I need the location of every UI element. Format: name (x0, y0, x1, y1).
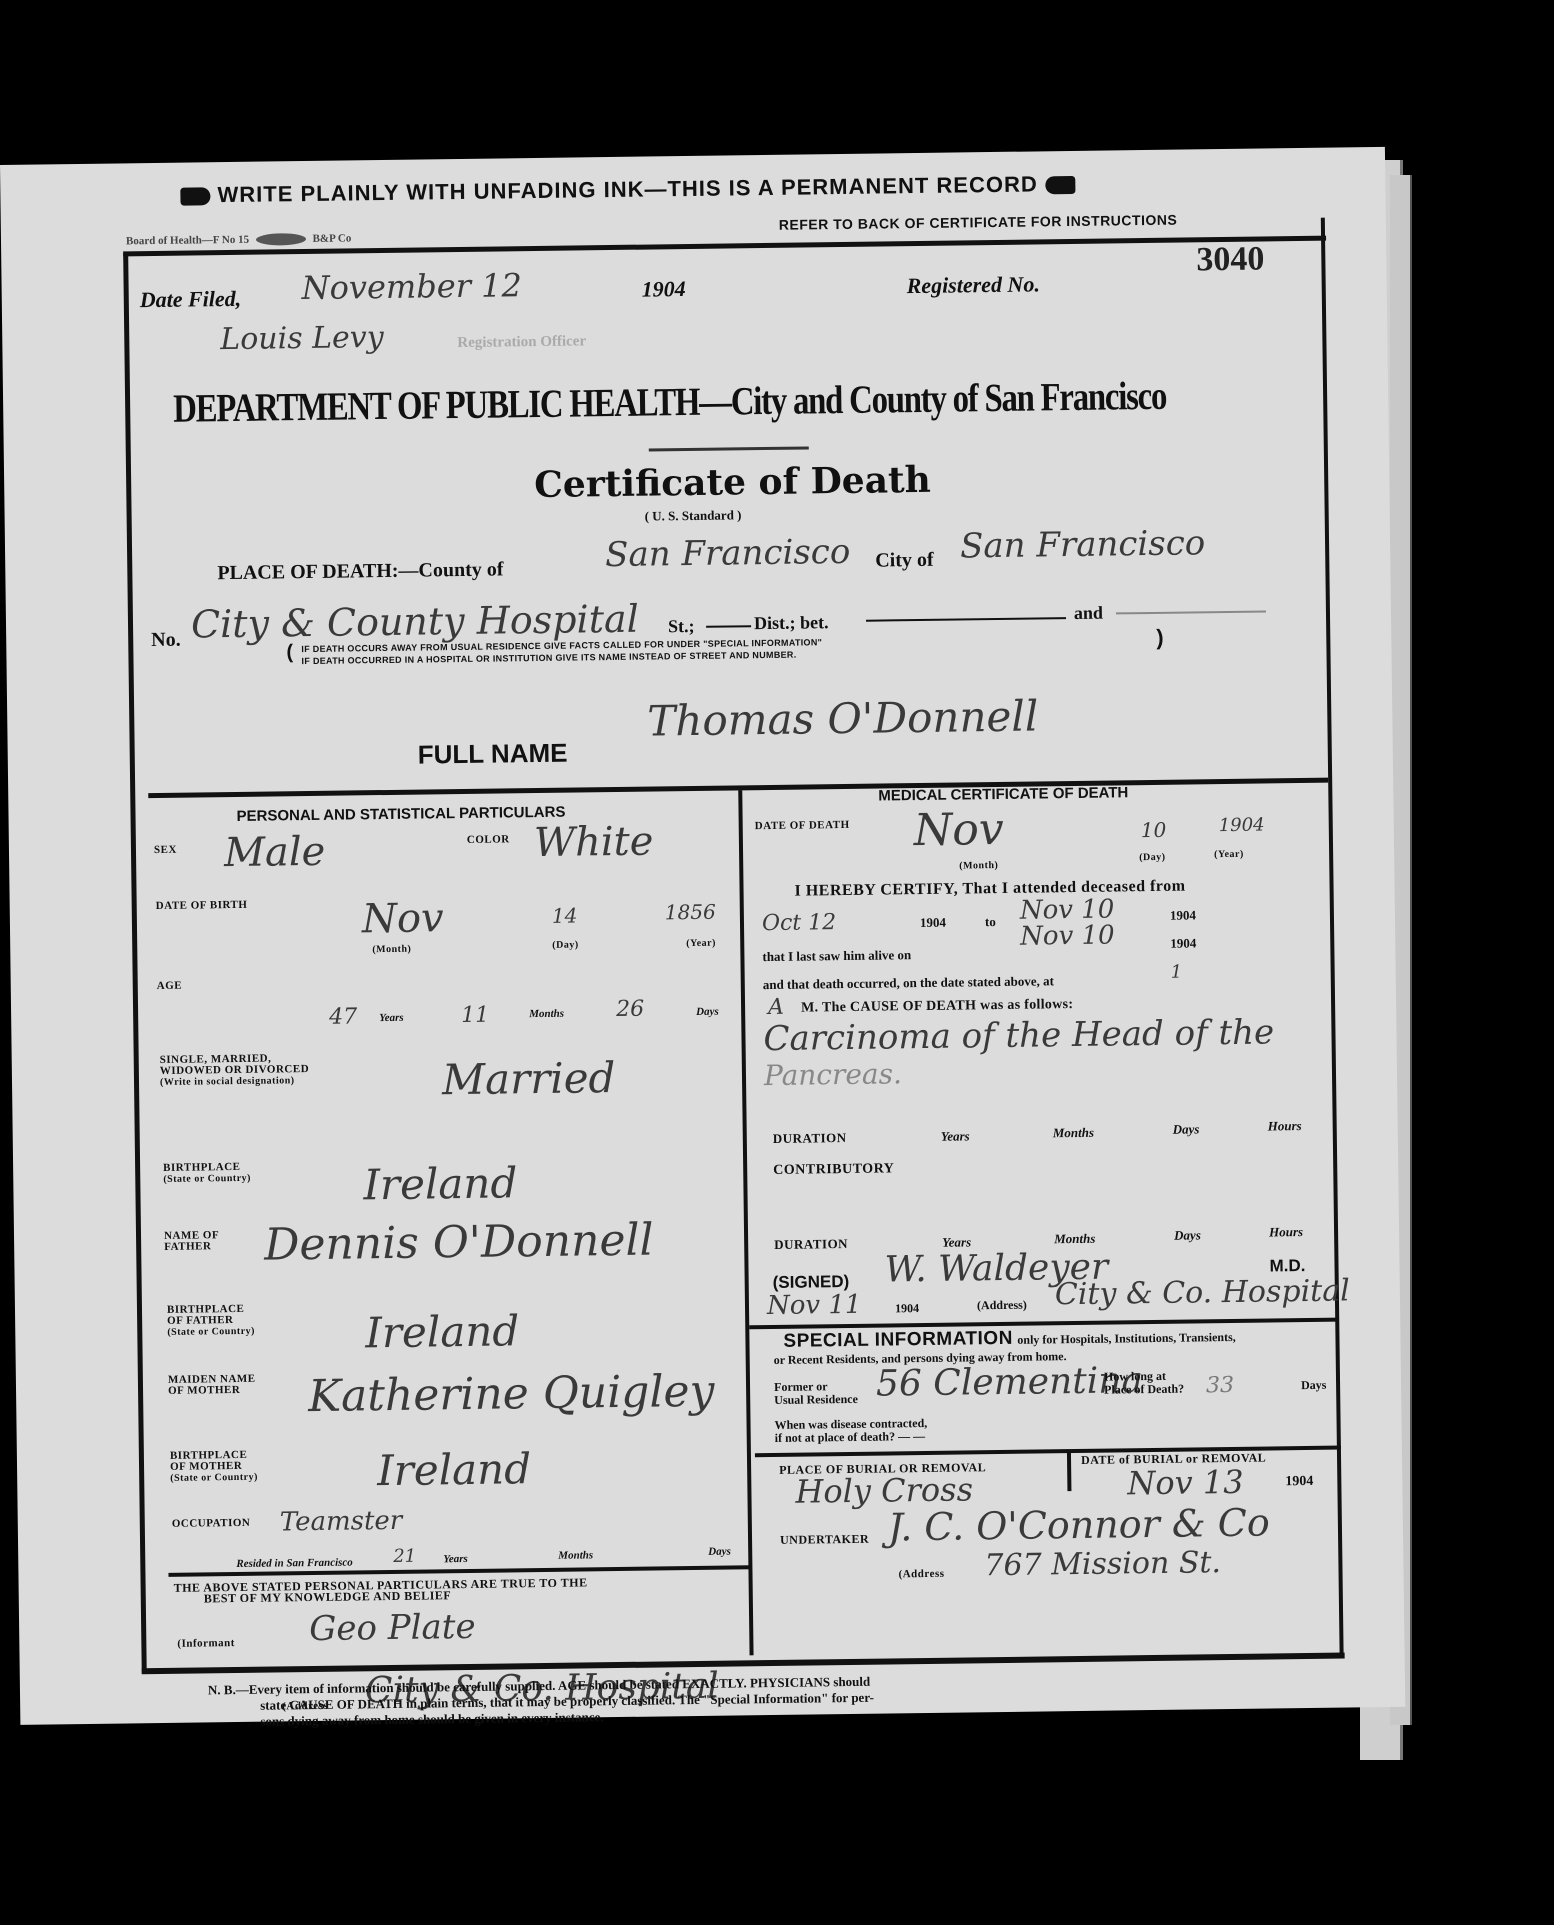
date-filed-year: 1904 (642, 276, 686, 303)
mother-birthplace-label: BIRTHPLACE OF MOTHER (State or Country) (170, 1450, 258, 1484)
special-heading: SPECIAL INFORMATION only for Hospitals, … (783, 1325, 1236, 1353)
burial-year: 1904 (1285, 1474, 1313, 1490)
resided-days-label: Days (708, 1546, 731, 1558)
county-value: San Francisco (605, 532, 851, 575)
warning-text: WRITE PLAINLY WITH UNFADING INK—THIS IS … (217, 171, 1038, 207)
resided-months-label: Months (558, 1549, 593, 1561)
birthplace-label: BIRTHPLACE (State or Country) (163, 1162, 251, 1185)
full-name-label: FULL NAME (418, 738, 568, 771)
instructions-note: REFER TO BACK OF CERTIFICATE FOR INSTRUC… (779, 212, 1178, 233)
dod-month: Nov (913, 804, 1004, 856)
registered-number: 3040 (1196, 240, 1264, 279)
printer-seal-icon (256, 233, 306, 246)
cause-line-2: Pancreas. (764, 1057, 902, 1092)
father-name-value: Dennis O'Donnell (264, 1215, 654, 1271)
duration-2-hours-label: Hours (1269, 1224, 1303, 1240)
duration-2-days-label: Days (1174, 1227, 1201, 1243)
registrar-title: Registration Officer (457, 333, 586, 352)
certify-text: I HEREBY CERTIFY, That I attended deceas… (794, 878, 1185, 901)
year-caption: (Year) (686, 938, 716, 949)
last-saw-date: Nov 10 (1020, 920, 1115, 951)
attended-from-year: 1904 (920, 915, 946, 931)
duration-months-label: Months (1053, 1125, 1094, 1142)
date-filed-value: November 12 (301, 266, 522, 307)
duration-years-label: Years (941, 1128, 970, 1144)
sex-value: Male (224, 829, 326, 876)
father-birthplace-value: Ireland (365, 1306, 520, 1357)
how-long-days-label: Days (1301, 1378, 1327, 1393)
pointing-hand-icon (1045, 176, 1075, 194)
dist-label: Dist.; bet. (754, 612, 829, 634)
marital-label: SINGLE, MARRIED, WIDOWED OR DIVORCED (Wr… (160, 1053, 310, 1088)
age-label: AGE (157, 981, 182, 992)
color-value: White (534, 819, 654, 867)
duration-label: DURATION (773, 1132, 847, 1144)
city-label: City of (875, 549, 934, 573)
death-meridiem: A (768, 995, 784, 1020)
informant-statement: THE ABOVE STATED PERSONAL PARTICULARS AR… (174, 1577, 588, 1604)
dod-day-caption: (Day) (1139, 852, 1166, 863)
signed-year: 1904 (895, 1301, 919, 1316)
dob-year: 1856 (665, 900, 716, 925)
duration-hours-label: Hours (1268, 1118, 1302, 1134)
how-long-label: How long at Place of Death? (1104, 1370, 1184, 1397)
dod-day: 10 (1141, 818, 1167, 842)
registered-label: Registered No. (906, 271, 1040, 299)
attended-from: Oct 12 (762, 910, 837, 936)
age-years: 47 (329, 1004, 357, 1029)
informant-value: Geo Plate (309, 1607, 476, 1649)
resided-years-label: Years (443, 1553, 468, 1565)
contributory-label: CONTRIBUTORY (773, 1163, 894, 1176)
and-label: and (1074, 603, 1103, 624)
mother-name-label: MAIDEN NAME OF MOTHER (168, 1374, 256, 1397)
dod-label: DATE OF DEATH (755, 820, 850, 832)
certificate-title: Certificate of Death (534, 459, 931, 506)
occupation-label: OCCUPATION (172, 1518, 251, 1530)
cause-line-1: Carcinoma of the Head of the (763, 1012, 1274, 1059)
undertaker-label: UNDERTAKER (780, 1534, 869, 1546)
dod-month-caption: (Month) (959, 860, 998, 872)
dob-label: DATE OF BIRTH (156, 900, 248, 912)
dod-year: 1904 (1219, 815, 1265, 837)
undertaker-address-value: 767 Mission St. (984, 1545, 1221, 1583)
registrar-signature: Louis Levy (220, 320, 384, 357)
city-value: San Francisco (960, 523, 1206, 566)
st-label: St.; (668, 616, 695, 637)
last-saw-year: 1904 (1170, 935, 1196, 951)
us-standard: ( U. S. Standard ) (645, 507, 742, 524)
cause-text: M. The CAUSE OF DEATH was as follows: (801, 997, 1073, 1017)
dod-year-caption: (Year) (1214, 849, 1244, 860)
pointing-hand-icon (180, 187, 210, 205)
birthplace-value: Ireland (363, 1158, 518, 1209)
duration-days-label: Days (1173, 1121, 1200, 1137)
warning-banner: WRITE PLAINLY WITH UNFADING INK—THIS IS … (180, 171, 1075, 209)
place-of-death-label: PLACE OF DEATH:—County of (217, 558, 503, 585)
death-certificate-page: WRITE PLAINLY WITH UNFADING INK—THIS IS … (0, 147, 1405, 1725)
occupation-value: Teamster (280, 1506, 403, 1538)
age-years-label: Years (379, 1012, 404, 1024)
physician-address-value: City & Co. Hospital (1055, 1273, 1350, 1312)
undertaker-address-label: (Address (898, 1569, 944, 1581)
occurred-text: and that death occurred, on the date sta… (763, 973, 1054, 993)
informant-label: (Informant (177, 1638, 235, 1650)
age-months: 11 (461, 1003, 489, 1028)
age-months-label: Months (529, 1008, 564, 1020)
age-days-label: Days (696, 1006, 719, 1018)
mother-birthplace-value: Ireland (377, 1444, 532, 1495)
color-label: COLOR (467, 834, 510, 846)
contracted-label: When was disease contracted, if not at p… (774, 1417, 927, 1445)
age-days: 26 (616, 997, 644, 1022)
dob-day: 14 (552, 904, 578, 928)
medical-heading: MEDICAL CERTIFICATE OF DEATH (878, 784, 1128, 804)
physician-address-label: (Address) (977, 1298, 1027, 1314)
resided-years: 21 (393, 1546, 416, 1567)
duration-2-months-label: Months (1054, 1231, 1095, 1248)
father-birthplace-label: BIRTHPLACE OF FATHER (State or Country) (167, 1304, 255, 1338)
former-residence-label: Former or Usual Residence (774, 1380, 858, 1407)
personal-heading: PERSONAL AND STATISTICAL PARTICULARS (236, 804, 565, 825)
dob-month: Nov (362, 895, 444, 942)
signed-date: Nov 11 (767, 1290, 862, 1321)
burial-date-value: Nov 13 (1127, 1463, 1244, 1503)
footer-note: N. B.—Every item of information should b… (208, 1674, 874, 1731)
sex-label: SEX (154, 845, 177, 856)
marital-value: Married (442, 1053, 616, 1104)
form-id: Board of Health—F No 15 B&P Co (126, 232, 351, 247)
father-name-label: NAME OF FATHER (164, 1230, 219, 1253)
undertaker-value: J. C. O'Connor & Co (888, 1500, 1270, 1549)
to-label: to (985, 914, 996, 930)
day-caption: (Day) (552, 939, 579, 950)
department-title: DEPARTMENT OF PUBLIC HEALTH—City and Cou… (173, 372, 1167, 432)
death-hour: 1 (1171, 962, 1183, 983)
full-name-value: Thomas O'Donnell (647, 691, 1038, 745)
attended-to-year: 1904 (1170, 907, 1196, 923)
no-label: No. (151, 629, 181, 652)
mother-name-value: Katherine Quigley (308, 1366, 715, 1422)
duration-2-label: DURATION (774, 1238, 848, 1250)
last-saw-text: that I last saw him alive on (762, 947, 911, 965)
month-caption: (Month) (372, 944, 411, 956)
resided-label: Resided in San Francisco (236, 1557, 353, 1571)
how-long-value: 33 (1206, 1373, 1234, 1398)
date-filed-label: Date Filed, (140, 286, 242, 313)
